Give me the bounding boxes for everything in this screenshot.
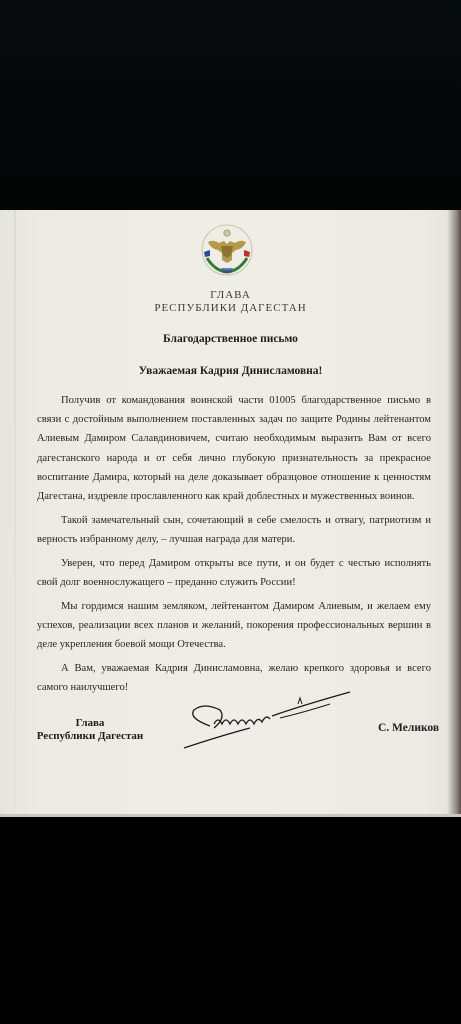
paragraph-4: Мы гордимся нашим земляком, лейтенантом …: [37, 597, 431, 655]
position-line-1: Глава: [20, 717, 160, 730]
header-line-1: ГЛАВА: [0, 289, 461, 301]
greeting: Уважаемая Кадрия Динисламовна!: [0, 365, 461, 377]
paragraph-3: Уверен, что перед Дамиром открыты все пу…: [37, 554, 431, 592]
signature-icon: [180, 688, 355, 752]
document-title: Благодарственное письмо: [0, 333, 461, 345]
top-black-area: [0, 0, 461, 210]
coat-of-arms-icon: [199, 222, 255, 278]
signatory-name: С. Меликов: [378, 722, 439, 734]
paragraph-2: Такой замечательный сын, сочетающий в се…: [37, 511, 431, 549]
signatory-position: Глава Республики Дагестан: [20, 717, 160, 742]
letter-body: Получив от командования воинской части 0…: [37, 391, 431, 702]
header-line-2: РЕСПУБЛИКИ ДАГЕСТАН: [0, 302, 461, 314]
paragraph-1: Получив от командования воинской части 0…: [37, 391, 431, 506]
bottom-black-area: [0, 817, 461, 1024]
position-line-2: Республики Дагестан: [20, 730, 160, 743]
